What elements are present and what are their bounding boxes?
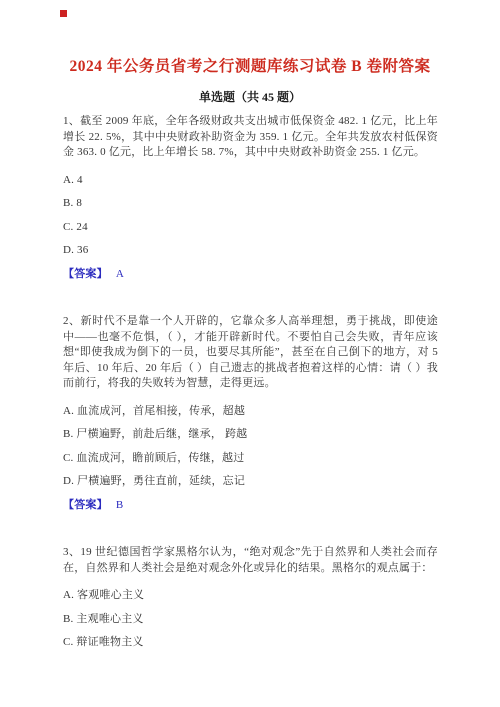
document-page: 2024 年公务员省考之行测题库练习试卷 B 卷附答案 单选题（共 45 题） …	[0, 0, 500, 707]
option-b: B. 8	[63, 196, 438, 212]
page-subtitle: 单选题（共 45 题）	[0, 77, 500, 105]
option-c: C. 血流成河，瞻前顾后，传继，越过	[63, 451, 438, 467]
option-c: C. 辩证唯物主义	[63, 635, 438, 651]
question-stem: 2、新时代不是靠一个人开辟的，它靠众多人高举理想，勇于挑战，即使途中——也毫不危…	[63, 314, 438, 392]
question-3: 3、19 世纪德国哲学家黑格尔认为，“绝对观念”先于自然界和人类社会而存在，自然…	[63, 545, 438, 651]
answer-value: A	[116, 268, 124, 280]
option-c: C. 24	[63, 220, 438, 236]
corner-mark	[60, 10, 67, 17]
answer-label: 【答案】	[63, 268, 108, 280]
option-b: B. 主观唯心主义	[63, 612, 438, 628]
page-title: 2024 年公务员省考之行测题库练习试卷 B 卷附答案	[0, 0, 500, 77]
option-a: A. 血流成河，首尾相接，传承，超越	[63, 404, 438, 420]
answer-line: 【答案】B	[63, 498, 438, 514]
question-1: 1、截至 2009 年底，全年各级财政共支出城市低保资金 482. 1 亿元，比…	[63, 114, 438, 282]
question-stem: 1、截至 2009 年底，全年各级财政共支出城市低保资金 482. 1 亿元，比…	[63, 114, 438, 161]
answer-line: 【答案】A	[63, 267, 438, 283]
option-b: B. 尸横遍野，前赴后继，继承， 跨越	[63, 427, 438, 443]
option-a: A. 4	[63, 173, 438, 189]
question-stem: 3、19 世纪德国哲学家黑格尔认为，“绝对观念”先于自然界和人类社会而存在，自然…	[63, 545, 438, 576]
option-d: D. 尸横遍野，勇往直前，延续，忘记	[63, 474, 438, 490]
answer-label: 【答案】	[63, 499, 108, 511]
option-a: A. 客观唯心主义	[63, 588, 438, 604]
question-2: 2、新时代不是靠一个人开辟的，它靠众多人高举理想，勇于挑战，即使途中——也毫不危…	[63, 314, 438, 513]
option-d: D. 36	[63, 243, 438, 259]
document-body: 1、截至 2009 年底，全年各级财政共支出城市低保资金 482. 1 亿元，比…	[63, 114, 438, 651]
answer-value: B	[116, 499, 124, 511]
